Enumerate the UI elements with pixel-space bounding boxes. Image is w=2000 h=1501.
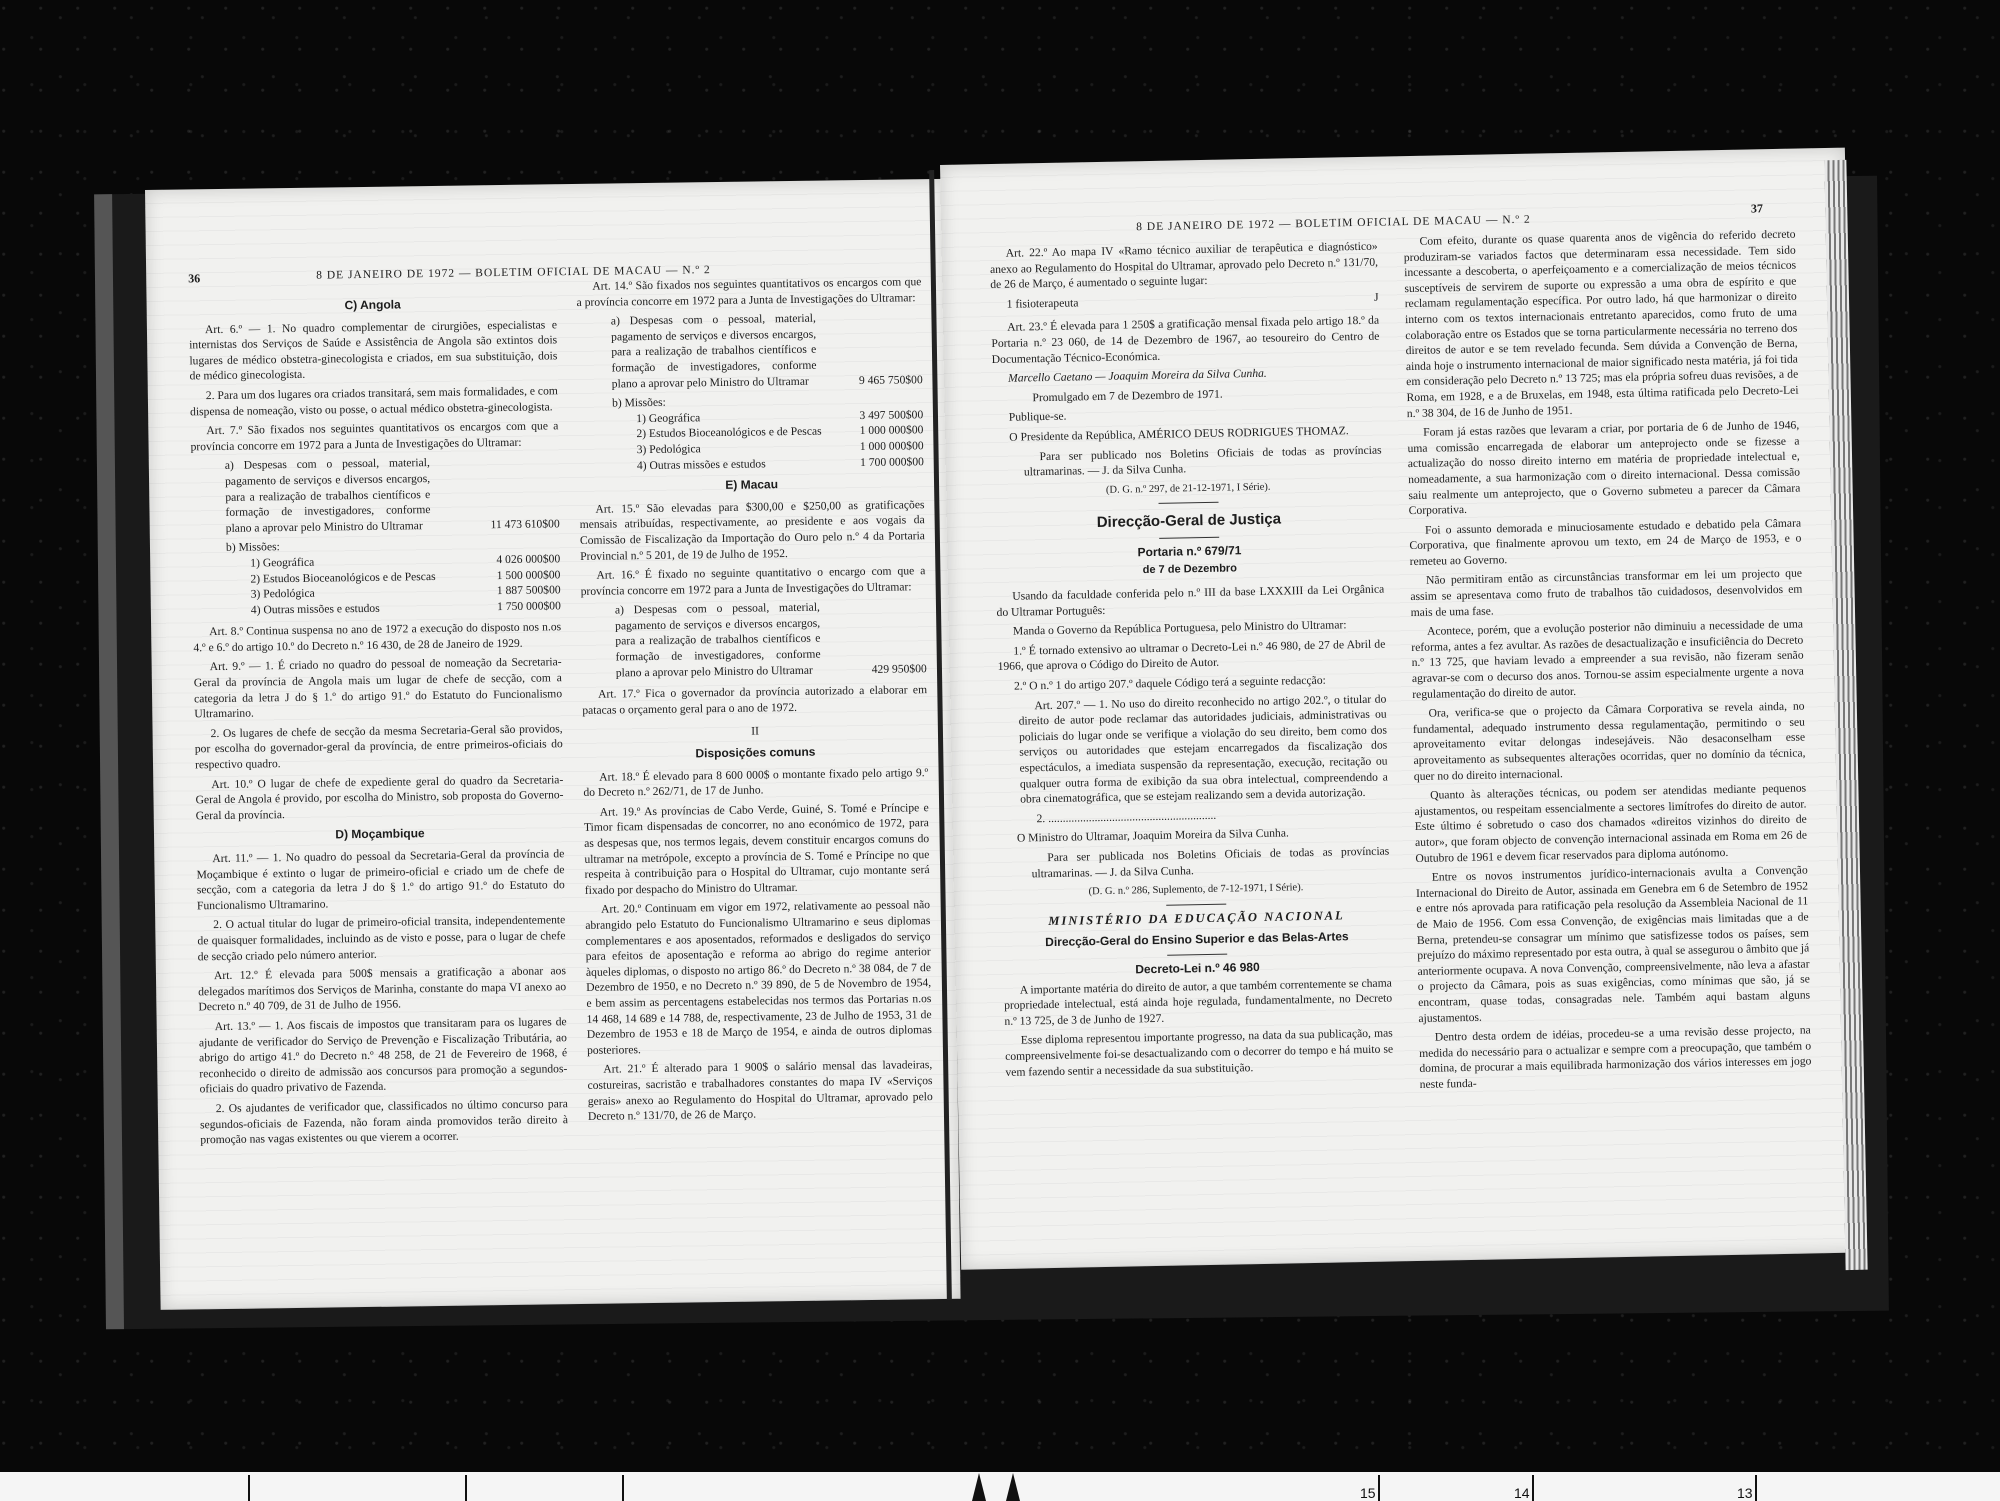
section-heading-disposicoes: Disposições comuns [583,743,928,763]
film-mark [1755,1475,1757,1501]
portaria-para-1: Usando da faculdade conferida pelo n.º I… [996,582,1385,621]
signatories: Marcello Caetano — Joaquim Moreira da Si… [992,364,1380,387]
decreto-para-11: Dentro desta ordem de idéias, procedeu-s… [1419,1023,1812,1093]
right-page-column-1: Art. 22.º Ao mapa IV «Ramo técnico auxil… [990,239,1394,1084]
film-frame-label: 13 [1737,1485,1753,1501]
film-strip: 15 14 13 [0,1472,2000,1501]
article-7-budget: a) Despesas com o pessoal, material, pag… [211,454,561,619]
article-12: Art. 12.º É elevada para 500$ mensais a … [198,963,567,1015]
section-heading-angola: C) Angola [189,295,557,316]
article-16-intro: Art. 16.º É fixado no seguinte quantitat… [580,563,925,599]
budget-line-a: a) Despesas com o pessoal, material, pag… [601,598,927,680]
right-page-column-2: Com efeito, durante os quase quarenta an… [1403,227,1811,1097]
budget-missions-list: 1) Geográfica3 497 500$00 2) Estudos Bio… [622,407,924,474]
article-17: Art. 17.º Fica o governador da província… [582,682,927,718]
budget-label: a) Despesas com o pessoal, material, pag… [211,455,431,536]
divider [1166,903,1226,905]
decreto-para-2: Esse diploma representou importante prog… [1005,1026,1394,1080]
portaria-para-4: 2.º O n.º 1 do artigo 207.º daquele Códi… [998,672,1386,695]
article-207: Art. 207.º — 1. No uso do direito reconh… [1018,691,1388,807]
divider [1159,502,1219,504]
decreto-para-8: Ora, verifica-se que o projecto da Câmar… [1412,699,1805,784]
article-6-para-1: Art. 6.º — 1. No quadro complementar de … [189,317,558,385]
left-page-column-1: C) Angola Art. 6.º — 1. No quadro comple… [188,289,568,1152]
heading-direccao-ensino: Direcção-Geral do Ensino Superior e das … [1003,929,1391,952]
left-page: 36 8 DE JANEIRO DE 1972 — BOLETIM OFICIA… [145,179,961,1310]
article-14-budget: a) Despesas com o pessoal, material, pag… [597,309,924,473]
decreto-para-4: Foram já estas razões que levaram a cria… [1407,418,1801,519]
article-15: Art. 15.º São elevadas para $300,00 e $2… [579,497,925,564]
source-citation-2: (D. G. n.º 286, Suplemento, de 7-12-1971… [1002,879,1390,902]
article-8: Art. 8.º Continua suspensa no ano de 197… [193,620,561,656]
minister-signature: O Ministro do Ultramar, Joaquim Moreira … [1001,824,1389,847]
article-9-para-2: 2. Os lugares de chefe de secção da mesm… [194,721,563,773]
art22-item: 1 fisioterapeuta J [1007,289,1379,312]
article-10: Art. 10.º O lugar de chefe de expediente… [195,772,564,824]
film-mark [1532,1475,1534,1501]
promulgated-date: Promulgado em 7 de Dezembro de 1971. [992,383,1380,406]
decreto-para-3: Com efeito, durante os quase quarenta an… [1403,227,1799,422]
budget-missions-list: 1) Geográfica4 026 000$00 2) Estudos Bio… [236,551,561,618]
running-head-right: 8 DE JANEIRO DE 1972 — BOLETIM OFICIAL D… [1136,214,1531,234]
decreto-para-10: Entre os novos instrumentos jurídico-int… [1416,863,1811,1026]
president-signature: O Presidente da República, AMÉRICO DEUS … [993,423,1381,446]
article-16-budget: a) Despesas com o pessoal, material, pag… [601,598,927,680]
budget-amount: 11 473 610$00 [465,516,560,533]
decreto-para-5: Foi o assunto demorada e minuciosamente … [1409,515,1802,569]
decreto-para-7: Acontece, porém, que a evolução posterio… [1411,617,1804,702]
publique-se: Publique-se. [993,403,1381,426]
decreto-para-1: A importante matéria do direito de autor… [1004,975,1393,1029]
article-19: Art. 19.º As províncias de Cabo Verde, G… [584,800,930,898]
article-22: Art. 22.º Ao mapa IV «Ramo técnico auxil… [990,239,1379,293]
article-13-para-1: Art. 13.º — 1. Aos fiscais de impostos q… [199,1014,568,1097]
budget-line-a: a) Despesas com o pessoal, material, pag… [597,309,923,391]
article-23: Art. 23.º É elevada para 1 250$ a gratif… [991,313,1380,367]
article-13-para-2: 2. Os ajudantes de verificador que, clas… [200,1096,569,1148]
film-frame-label: 15 [1360,1485,1376,1501]
section-heading-mocambique: D) Moçambique [196,825,564,846]
ministry-heading: MINISTÉRIO DA EDUCAÇÃO NACIONAL [1002,907,1390,930]
decreto-para-6: Não permitiram então as circunstâncias t… [1410,566,1803,620]
portaria-para-2: Manda o Governo da República Portuguesa,… [997,617,1385,640]
page-number-right: 37 [1751,201,1763,216]
page-number-left: 36 [188,271,200,286]
film-mark [465,1475,467,1501]
publication-note-1: Para ser publicado nos Boletins Oficiais… [1023,442,1382,480]
article-11-para-1: Art. 11.º — 1. No quadro do pessoal da S… [196,846,565,914]
portaria-para-3: 1.º É tornado extensivo ao ultramar o De… [997,636,1386,675]
film-marker-triangle [1006,1473,1020,1501]
heading-direccao-justica: Direcção-Geral de Justiça [995,510,1383,533]
article-21: Art. 21.º É alterado para 1 900$ o salár… [587,1057,933,1124]
left-page-column-2: Art. 14.º São fixados nos seguintes quan… [576,274,933,1128]
film-mark [1378,1475,1380,1501]
right-page: 8 DE JANEIRO DE 1972 — BOLETIM OFICIAL D… [940,148,1866,1270]
section-numeral: II [583,722,928,742]
section-heading-macau: E) Macau [579,475,924,495]
article-18: Art. 18.º É elevado para 8 600 000$ o mo… [583,765,928,801]
budget-line-a: a) Despesas com o pessoal, material, pag… [211,454,560,537]
article-7-intro: Art. 7.º São fixados nos seguintes quant… [190,418,558,454]
article-14-intro: Art. 14.º São fixados nos seguintes quan… [576,274,921,310]
budget-line: 4) Outras missões e estudos1 750 000$00 [237,598,561,618]
decreto-para-9: Quanto às alterações técnicas, ou podem … [1414,781,1807,866]
film-mark [248,1475,250,1501]
film-frame-label: 14 [1514,1485,1530,1501]
article-11-para-2: 2. O actual titular do lugar de primeiro… [197,913,566,965]
film-mark [622,1475,624,1501]
source-citation-1: (D. G. n.º 297, de 21-12-1971, I Série). [994,477,1382,500]
film-marker-triangle [972,1473,986,1501]
article-9-para-1: Art. 9.º — 1. É criado no quadro do pess… [194,655,563,723]
publication-note-2: Para ser publicada nos Boletins Oficiais… [1031,844,1390,882]
budget-line: 4) Outras missões e estudos1 700 000$00 [623,454,924,474]
divider [1167,954,1227,956]
article-20: Art. 20.º Continuam em vigor em 1972, re… [585,897,932,1058]
article-207-item-2: 2. .....................................… [1020,804,1388,827]
article-6-para-2: 2. Para um dos lugares ora criados trans… [190,383,558,419]
divider [1159,537,1219,539]
